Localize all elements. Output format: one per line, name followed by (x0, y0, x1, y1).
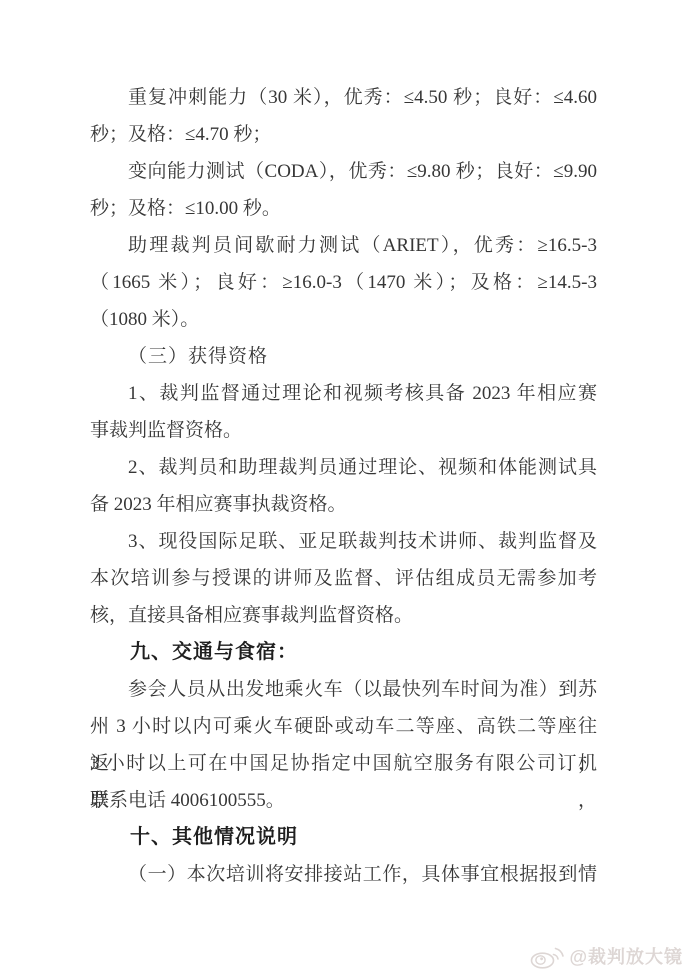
text-line: 秒；及格：≤4.70 秒； (90, 116, 597, 153)
text-line: 2、裁判员和助理裁判员通过理论、视频和体能测试具 (90, 449, 597, 486)
watermark-handle: @裁判放大镜 (569, 943, 683, 969)
text-line: 3、现役国际足联、亚足联裁判技术讲师、裁判监督及 (90, 523, 597, 560)
document-page: 重复冲刺能力（30 米），优秀：≤4.50 秒；良好：≤4.60秒；及格：≤4.… (0, 0, 690, 976)
text-line: 3 小时以上可在中国足协指定中国航空服务有限公司订机票， (90, 745, 597, 782)
text-line: 1、裁判监督通过理论和视频考核具备 2023 年相应赛 (90, 375, 597, 412)
text-line: 重复冲刺能力（30 米），优秀：≤4.50 秒；良好：≤4.60 (90, 79, 597, 116)
watermark: @裁判放大镜 (530, 942, 683, 969)
document-body: 重复冲刺能力（30 米），优秀：≤4.50 秒；良好：≤4.60秒；及格：≤4.… (90, 79, 597, 893)
section-heading: 九、交通与食宿： (90, 634, 597, 671)
text-line: 州 3 小时以内可乘火车硬卧或动车二等座、高铁二等座往返， (90, 708, 597, 745)
section-subheading: （三）获得资格 (90, 338, 597, 375)
text-line: （一）本次培训将安排接站工作，具体事宜根据报到情 (90, 856, 597, 893)
text-line: 参会人员从出发地乘火车（以最快列车时间为准）到苏 (90, 671, 597, 708)
text-line: 秒；及格：≤10.00 秒。 (90, 190, 597, 227)
text-line: （1665 米）；良好：≥16.0-3（1470 米）；及格：≥14.5-3 (90, 264, 597, 301)
text-line: 备 2023 年相应赛事执裁资格。 (90, 486, 597, 523)
section-heading: 十、其他情况说明 (90, 819, 597, 856)
text-line: （1080 米）。 (90, 301, 597, 338)
text-line: 核，直接具备相应赛事裁判监督资格。 (90, 597, 597, 634)
text-line: 助理裁判员间歇耐力测试（ARIET），优秀：≥16.5-3 (90, 227, 597, 264)
text-line: 事裁判监督资格。 (90, 412, 597, 449)
text-line: 本次培训参与授课的讲师及监督、评估组成员无需参加考 (90, 560, 597, 597)
weibo-icon (530, 942, 564, 969)
text-line: 变向能力测试（CODA），优秀：≤9.80 秒；良好：≤9.90 (90, 153, 597, 190)
